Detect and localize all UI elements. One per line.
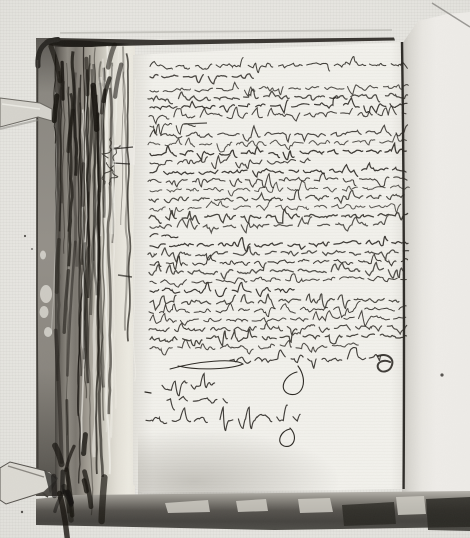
film-grain: [0, 0, 470, 538]
photo-vector-detail: [0, 0, 470, 538]
manuscript-photograph: [0, 0, 470, 538]
